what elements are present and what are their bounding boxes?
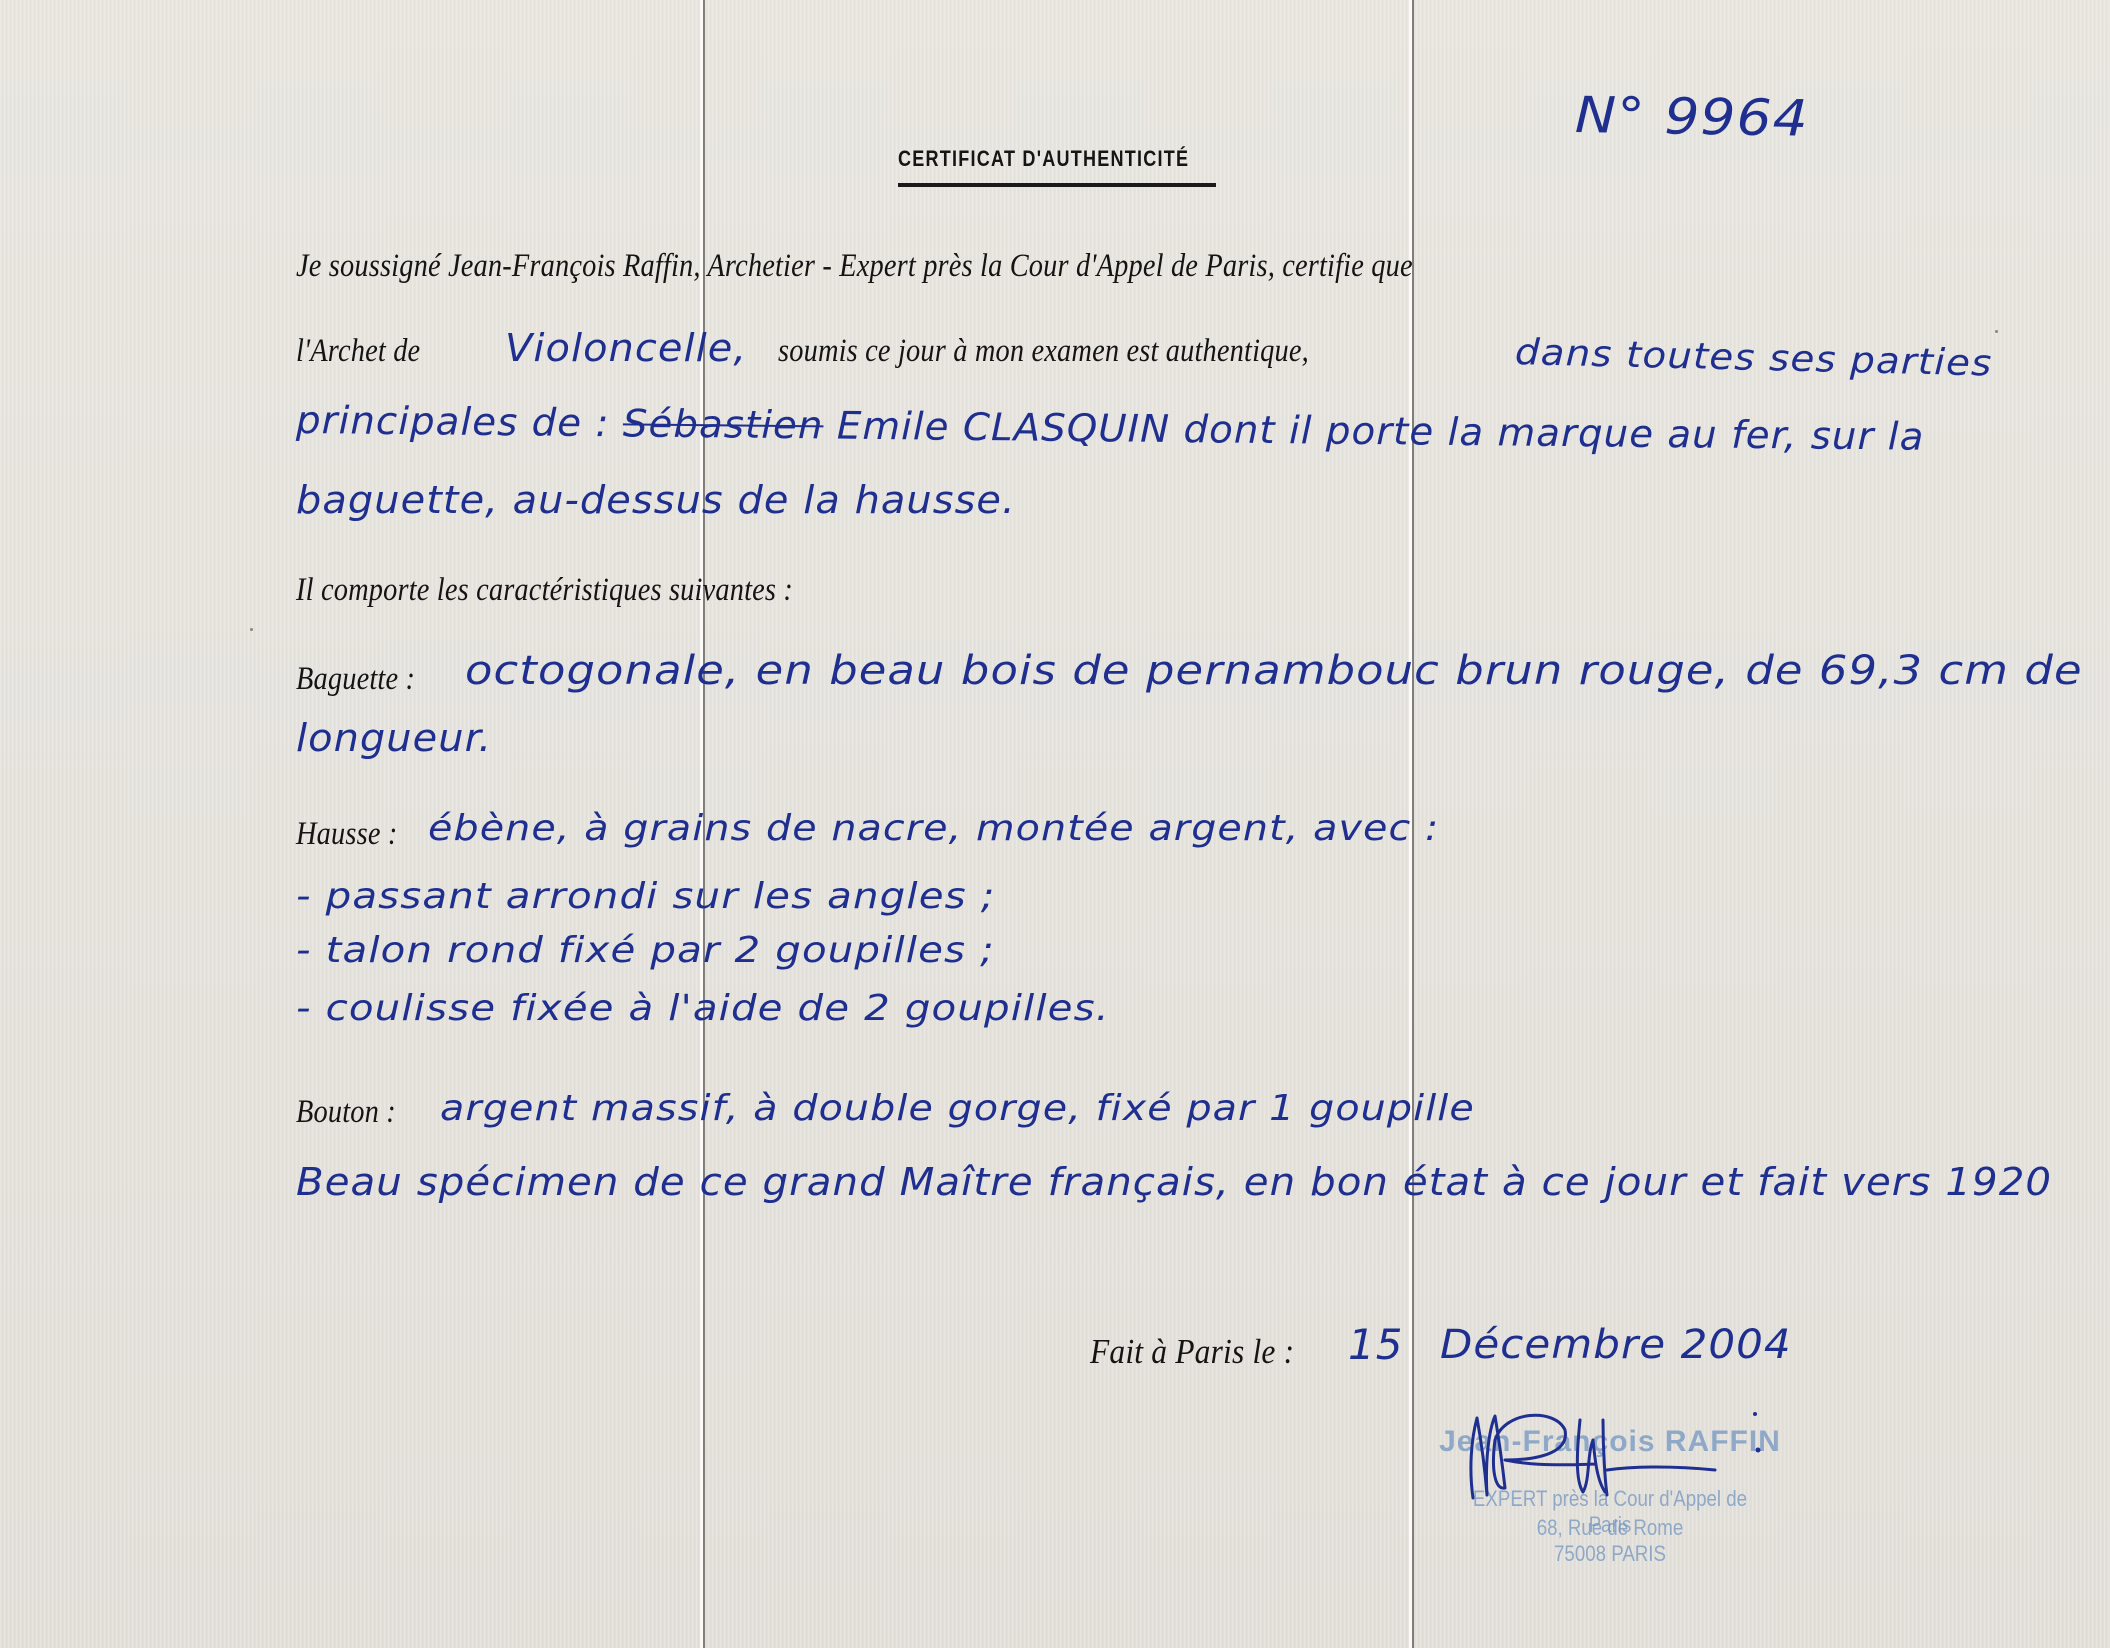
- baguette-description-cont: longueur.: [296, 716, 492, 760]
- hausse-label: Hausse :: [296, 816, 397, 853]
- paper-speck: [1995, 330, 1998, 333]
- hausse-item: - passant arrondi sur les angles ;: [296, 876, 995, 917]
- hausse-item: - coulisse fixée à l'aide de 2 goupilles…: [296, 988, 1110, 1029]
- certificate-number: N° 9964: [1574, 86, 1809, 148]
- handwritten-line-3: baguette, au-dessus de la hausse.: [296, 478, 1016, 522]
- bouton-label: Bouton :: [296, 1094, 396, 1131]
- maker-name-text: Emile CLASQUIN dont il porte la marque a…: [837, 404, 1925, 459]
- closing-month-year: Décembre 2004: [1440, 1322, 1792, 1368]
- hausse-item: - talon rond fixé par 2 goupilles ;: [296, 930, 995, 971]
- stamp-city: 75008 PARIS: [1453, 1541, 1768, 1567]
- paper-speck: [250, 628, 253, 631]
- closing-place-label: Fait à Paris le :: [1090, 1332, 1294, 1372]
- title-underline: [898, 183, 1216, 187]
- intro-line-2-middle: soumis ce jour à mon examen est authenti…: [778, 333, 1309, 370]
- intro-line-1: Je soussigné Jean-François Raffin, Arche…: [296, 248, 1413, 285]
- characteristics-heading: Il comporte les caractéristiques suivant…: [296, 572, 793, 609]
- conclusion-handwritten: Beau spécimen de ce grand Maître françai…: [296, 1160, 2052, 1204]
- handwritten-continuation-1: dans toutes ses parties: [1514, 332, 1993, 385]
- hausse-description: ébène, à grains de nacre, montée argent,…: [428, 808, 1439, 849]
- instrument-handwritten: Violoncelle,: [505, 326, 747, 370]
- bouton-description: argent massif, à double gorge, fixé par …: [440, 1088, 1475, 1129]
- stamp-address: 68, Rue de Rome: [1453, 1515, 1768, 1541]
- closing-day: 15: [1348, 1320, 1403, 1369]
- document-title: CERTIFICAT D'AUTHENTICITÉ: [898, 146, 1189, 172]
- baguette-description: octogonale, en beau bois de pernambouc b…: [465, 648, 2083, 694]
- archet-label: l'Archet de: [296, 333, 420, 370]
- principales-text: principales de :: [296, 398, 610, 445]
- handwritten-line-2: principales de : Sébastien Emile CLASQUI…: [296, 398, 1925, 459]
- signature-icon: [1465, 1400, 1765, 1510]
- struck-first-name: Sébastien: [623, 401, 824, 447]
- baguette-label: Baguette :: [296, 661, 415, 698]
